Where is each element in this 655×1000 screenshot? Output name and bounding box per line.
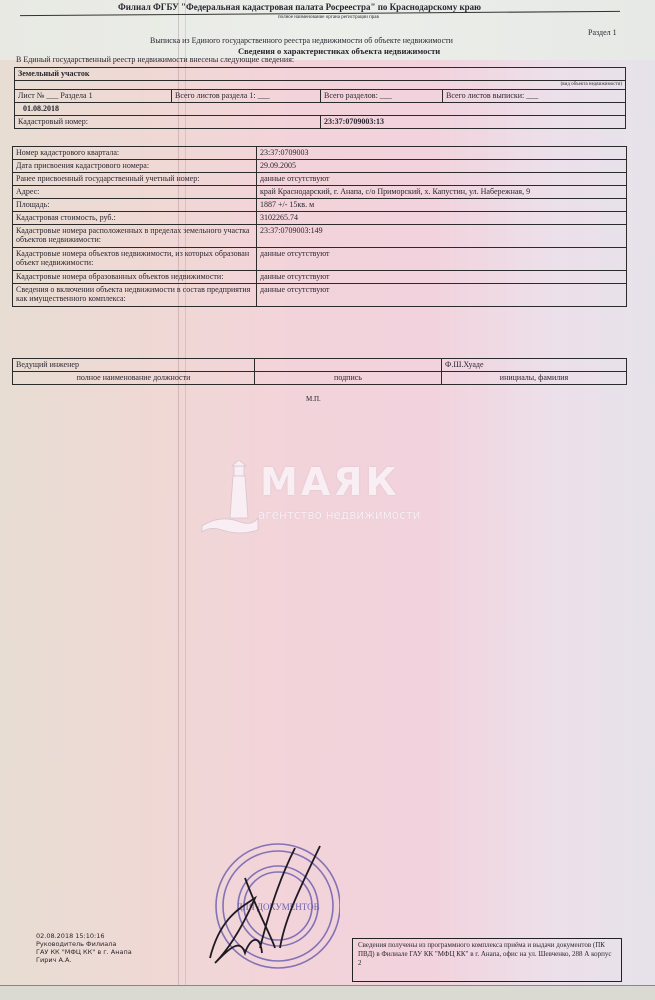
official-position: Ведущий инженер — [13, 359, 255, 372]
characteristic-value: данные отсутствуют — [257, 284, 627, 307]
characteristic-row: Ранее присвоенный государственный учетны… — [13, 173, 627, 186]
object-header-table: Земельный участок (вид объекта недвижимо… — [14, 67, 626, 129]
characteristic-row: Площадь:1887 +/- 15кв. м — [13, 199, 627, 212]
organization-name: Филиал ФГБУ "Федеральная кадастровая пал… — [118, 2, 481, 12]
characteristic-row: Сведения о включении объекта недвижимост… — [13, 284, 627, 307]
characteristic-label: Адрес: — [13, 186, 257, 199]
cadastral-number-label: Кадастровый номер: — [15, 116, 321, 129]
position-caption: полное наименование должности — [13, 372, 255, 385]
organization-caption: полное наименование органа регистрации п… — [278, 15, 379, 20]
seal-mark: М.П. — [306, 395, 321, 403]
characteristic-value: данные отсутствуют — [257, 271, 627, 284]
extract-title: Выписка из Единого государственного реес… — [150, 36, 453, 45]
table-surface — [0, 985, 655, 1000]
characteristics-table: Номер кадастрового квартала:23:37:070900… — [12, 146, 627, 307]
intro-text: В Единый государственный реестр недвижим… — [16, 55, 294, 64]
agency-watermark: МАЯК агентство недвижимости — [200, 460, 465, 540]
characteristic-label: Ранее присвоенный государственный учетны… — [13, 173, 257, 186]
characteristic-value: 3102265.74 — [257, 212, 627, 225]
characteristic-row: Кадастровые номера образованных объектов… — [13, 271, 627, 284]
characteristic-value: 29.09.2005 — [257, 160, 627, 173]
official-name: Ф.Ш.Хуаде — [442, 359, 627, 372]
sheet-number: Лист № ___ Раздела 1 — [15, 90, 172, 103]
characteristic-value: 23:37:0709003:149 — [257, 225, 627, 248]
characteristic-row: Кадастровые номера расположенных в преде… — [13, 225, 627, 248]
characteristic-row: Адрес:край Краснодарский, г. Анапа, с/о … — [13, 186, 627, 199]
lighthouse-icon — [200, 460, 260, 540]
signature-table: Ведущий инженер Ф.Ш.Хуаде полное наимено… — [12, 358, 627, 385]
characteristic-value: край Краснодарский, г. Анапа, с/о Примор… — [257, 186, 627, 199]
watermark-subtitle: агентство недвижимости — [258, 508, 420, 522]
characteristic-value: 1887 +/- 15кв. м — [257, 199, 627, 212]
characteristic-row: Дата присвоения кадастрового номера:29.0… — [13, 160, 627, 173]
characteristic-label: Кадастровые номера объектов недвижимости… — [13, 248, 257, 271]
characteristic-row: Кадастровые номера объектов недвижимости… — [13, 248, 627, 271]
extract-date: 01.08.2018 — [15, 103, 626, 116]
stamp-seal-icon: ДЛЯ ДОКУМЕНТОВ — [200, 838, 340, 978]
characteristic-label: Кадастровые номера расположенных в преде… — [13, 225, 257, 248]
characteristic-value: 23:37:0709003 — [257, 147, 627, 160]
characteristic-label: Кадастровые номера образованных объектов… — [13, 271, 257, 284]
characteristic-row: Кадастровая стоимость, руб.:3102265.74 — [13, 212, 627, 225]
characteristic-label: Кадастровая стоимость, руб.: — [13, 212, 257, 225]
section-label: Раздел 1 — [588, 28, 617, 37]
characteristic-label: Дата присвоения кадастрового номера: — [13, 160, 257, 173]
characteristic-value: данные отсутствуют — [257, 248, 627, 271]
characteristic-row: Номер кадастрового квартала:23:37:070900… — [13, 147, 627, 160]
total-sections: Всего разделов: ___ — [321, 90, 443, 103]
total-section-sheets: Всего листов раздела 1: ___ — [172, 90, 321, 103]
characteristic-label: Сведения о включении объекта недвижимост… — [13, 284, 257, 307]
watermark-title: МАЯК — [260, 460, 400, 504]
total-extract-sheets: Всего листов выписки: ___ — [443, 90, 626, 103]
object-type: Земельный участок — [15, 68, 626, 81]
signature-field — [255, 359, 442, 372]
name-caption: инициалы, фамилия — [442, 372, 627, 385]
object-type-caption: (вид объекта недвижимости) — [15, 81, 626, 90]
official-stamp: ДЛЯ ДОКУМЕНТОВ — [200, 838, 340, 978]
characteristic-label: Площадь: — [13, 199, 257, 212]
certification-text: 02.08.2018 15:10:16 Руководитель Филиала… — [36, 932, 132, 964]
characteristic-value: данные отсутствуют — [257, 173, 627, 186]
characteristic-label: Номер кадастрового квартала: — [13, 147, 257, 160]
cadastral-number-value: 23:37:0709003:13 — [321, 116, 626, 129]
info-box: Сведения получены из программного компле… — [352, 938, 622, 982]
signature-caption: подпись — [255, 372, 442, 385]
